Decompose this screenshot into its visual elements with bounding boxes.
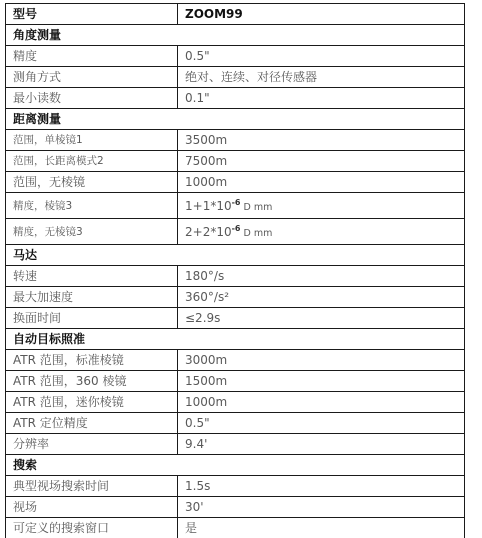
table-row: 精度，无棱镜3 2+2*10-6 D mm: [6, 219, 465, 245]
row-value: 1.5s: [178, 476, 465, 497]
model-label: 型号: [6, 4, 178, 25]
row-value: 1+1*10-6 D mm: [178, 193, 465, 219]
row-label: 典型视场搜索时间: [6, 476, 178, 497]
section-title: 自动目标照准: [6, 329, 465, 350]
table-row: 精度，棱镜3 1+1*10-6 D mm: [6, 193, 465, 219]
row-label: 最小读数: [6, 88, 178, 109]
table-row: 典型视场搜索时间 1.5s: [6, 476, 465, 497]
row-value: 绝对、连续、对径传感器: [178, 67, 465, 88]
row-value: 1000m: [178, 172, 465, 193]
row-label: 测角方式: [6, 67, 178, 88]
section-header-atr: 自动目标照准: [6, 329, 465, 350]
table-row: 范围，长距离模式2 7500m: [6, 151, 465, 172]
row-value: 1500m: [178, 371, 465, 392]
row-label: 精度，棱镜3: [6, 193, 178, 219]
value-base: 2+2*10: [185, 225, 232, 239]
table-row: ATR 范围，标准棱镜 3000m: [6, 350, 465, 371]
table-row: 范围，单棱镜1 3500m: [6, 130, 465, 151]
table-row: 视场 30': [6, 497, 465, 518]
value-unit: D mm: [240, 228, 272, 239]
row-label: ATR 范围，360 棱镜: [6, 371, 178, 392]
row-label: 范围，单棱镜1: [6, 130, 178, 151]
table-row: 转速 180°/s: [6, 266, 465, 287]
row-value: 30': [178, 497, 465, 518]
value-base: 1+1*10: [185, 199, 232, 213]
row-label: 范围，长距离模式2: [6, 151, 178, 172]
row-value: 360°/s²: [178, 287, 465, 308]
row-value: 是: [178, 518, 465, 538]
row-label: ATR 范围，标准棱镜: [6, 350, 178, 371]
row-value: 1000m: [178, 392, 465, 413]
row-label: 视场: [6, 497, 178, 518]
table-row: 换面时间 ≤2.9s: [6, 308, 465, 329]
section-title: 距离测量: [6, 109, 465, 130]
row-value: 3000m: [178, 350, 465, 371]
row-label: ATR 范围，迷你棱镜: [6, 392, 178, 413]
section-title: 搜索: [6, 455, 465, 476]
row-value: 180°/s: [178, 266, 465, 287]
row-label: 精度，无棱镜3: [6, 219, 178, 245]
model-row: 型号 ZOOM99: [6, 4, 465, 25]
row-value: 0.5": [178, 413, 465, 434]
row-label: 分辨率: [6, 434, 178, 455]
row-value: 0.1": [178, 88, 465, 109]
table-row: 分辨率 9.4': [6, 434, 465, 455]
section-title: 角度测量: [6, 25, 465, 46]
row-label: 可定义的搜索窗口: [6, 518, 178, 538]
row-label: 范围，无棱镜: [6, 172, 178, 193]
table-row: 精度 0.5": [6, 46, 465, 67]
row-label: 换面时间: [6, 308, 178, 329]
table-row: ATR 定位精度 0.5": [6, 413, 465, 434]
section-header-distance: 距离测量: [6, 109, 465, 130]
table-row: 测角方式 绝对、连续、对径传感器: [6, 67, 465, 88]
section-title: 马达: [6, 245, 465, 266]
table-row: ATR 范围，360 棱镜 1500m: [6, 371, 465, 392]
row-value: 2+2*10-6 D mm: [178, 219, 465, 245]
row-label: 转速: [6, 266, 178, 287]
row-value: 0.5": [178, 46, 465, 67]
table-row: 可定义的搜索窗口 是: [6, 518, 465, 538]
table-row: 范围，无棱镜 1000m: [6, 172, 465, 193]
row-value: 3500m: [178, 130, 465, 151]
section-header-angle: 角度测量: [6, 25, 465, 46]
section-header-search: 搜索: [6, 455, 465, 476]
model-value: ZOOM99: [178, 4, 465, 25]
table-row: ATR 范围，迷你棱镜 1000m: [6, 392, 465, 413]
row-value: ≤2.9s: [178, 308, 465, 329]
spec-table: 型号 ZOOM99 角度测量 精度 0.5" 测角方式 绝对、连续、对径传感器 …: [5, 3, 465, 537]
value-unit: D mm: [240, 202, 272, 213]
row-label: ATR 定位精度: [6, 413, 178, 434]
table-row: 最大加速度 360°/s²: [6, 287, 465, 308]
row-value: 9.4': [178, 434, 465, 455]
row-value: 7500m: [178, 151, 465, 172]
row-label: 最大加速度: [6, 287, 178, 308]
section-header-motor: 马达: [6, 245, 465, 266]
row-label: 精度: [6, 46, 178, 67]
table-row: 最小读数 0.1": [6, 88, 465, 109]
